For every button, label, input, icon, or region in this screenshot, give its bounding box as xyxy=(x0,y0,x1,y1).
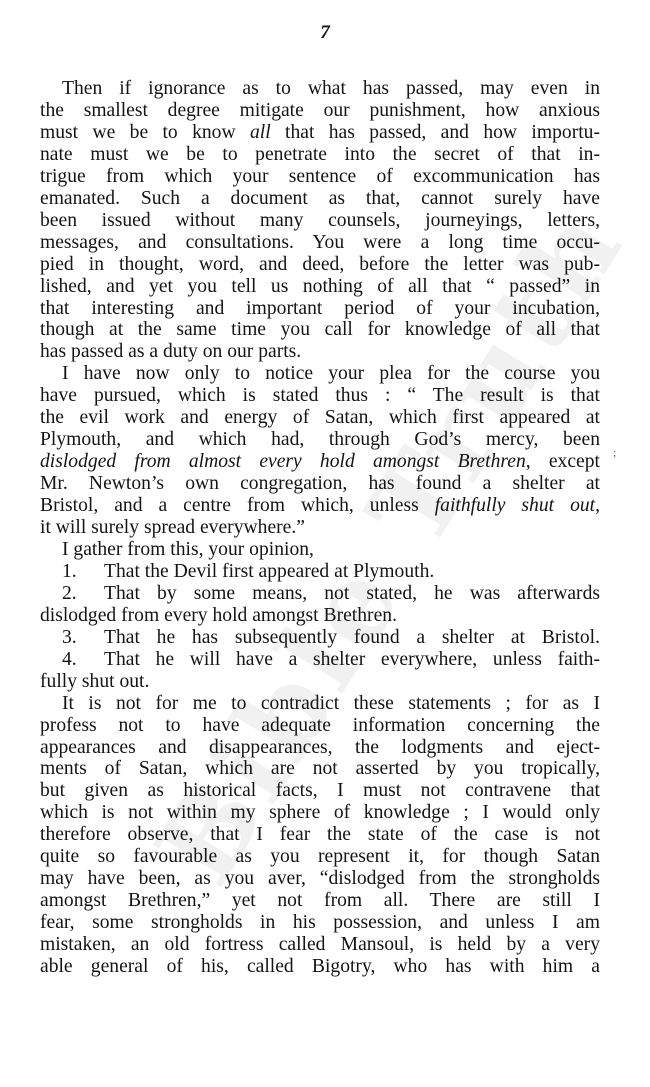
text-segment: It is not for me to contradict these sta… xyxy=(62,693,600,714)
text-line: I have now only to notice your plea for … xyxy=(62,363,600,385)
text-line: that interesting and important period of… xyxy=(40,298,600,320)
list-number: 1. xyxy=(62,561,104,583)
text-line: must we be to know all that has passed, … xyxy=(40,122,600,144)
text-line: I gather from this, your opinion, xyxy=(62,539,600,561)
text-segment: lished, and yet you tell us nothing of a… xyxy=(40,276,600,297)
text-segment: the evil work and energy of Satan, which… xyxy=(40,407,600,428)
text-line: emanated. Such a document as that, canno… xyxy=(40,188,600,210)
text-segment: appearances and disappearances, the lodg… xyxy=(40,737,600,758)
text-line: quite so favourable as you represent it,… xyxy=(40,846,600,868)
text-line: fully shut out. xyxy=(40,671,600,693)
text-segment: emanated. Such a document as that, canno… xyxy=(40,188,600,209)
text-line: ments of Satan, which are not asserted b… xyxy=(40,758,600,780)
text-segment: fear, some strongholds in his possession… xyxy=(40,912,600,933)
text-line: have pursued, which is stated thus : “ T… xyxy=(40,385,600,407)
book-page: Bible Truth 7 Then if ignorance as to wh… xyxy=(0,0,650,1087)
page-number: 7 xyxy=(0,22,650,44)
list-number: 3. xyxy=(62,627,104,649)
text-segment: the smallest degree mitigate our punishm… xyxy=(40,100,600,121)
list-item-line: 3.That he has subsequently found a shelt… xyxy=(62,627,600,649)
text-line: which is not within my sphere of knowled… xyxy=(40,802,600,824)
text-line: Plymouth, and which had, through God’s m… xyxy=(40,429,600,451)
text-line: pied in thought, word, and deed, before … xyxy=(40,254,600,276)
text-segment: it will surely spread everywhere.” xyxy=(40,517,305,538)
text-segment: fully shut out. xyxy=(40,671,149,692)
text-line: dislodged from almost every hold amongst… xyxy=(40,451,600,473)
text-segment: ments of Satan, which are not asserted b… xyxy=(40,758,600,779)
text-line: trigue from which your sentence of excom… xyxy=(40,166,600,188)
text-segment: nate must we be to penetrate into the se… xyxy=(40,144,600,165)
text-segment: amongst Brethren,” yet not from all. The… xyxy=(40,890,600,911)
text-line: nate must we be to penetrate into the se… xyxy=(40,144,600,166)
text-segment: Bristol, and a centre from which, unless xyxy=(40,495,435,516)
text-segment: , except xyxy=(526,451,600,472)
text-line: Mr. Newton’s own congregation, has found… xyxy=(40,473,600,495)
text-segment: that has passed, and how importu- xyxy=(271,122,600,143)
text-segment: quite so favourable as you represent it,… xyxy=(40,846,600,867)
text-segment: which is not within my sphere of knowled… xyxy=(40,802,600,823)
text-segment: therefore observe, that I fear the state… xyxy=(40,824,600,845)
text-segment: That he has subsequently found a shelter… xyxy=(104,627,600,648)
text-segment: that interesting and important period of… xyxy=(40,298,600,319)
text-line: but given as historical facts, I must no… xyxy=(40,780,600,802)
text-line: amongst Brethren,” yet not from all. The… xyxy=(40,890,600,912)
margin-mark: ; xyxy=(613,445,616,460)
text-line: appearances and disappearances, the lodg… xyxy=(40,737,600,759)
text-line: able general of his, called Bigotry, who… xyxy=(40,956,600,978)
list-item-line: 2.That by some means, not stated, he was… xyxy=(62,583,600,605)
text-segment: been issued without many counsels, journ… xyxy=(40,210,600,231)
list-item-line: 1.That the Devil first appeared at Plymo… xyxy=(62,561,600,583)
text-segment: That he will have a shelter everywhere, … xyxy=(104,649,600,670)
text-segment: , xyxy=(595,495,600,516)
text-line: it will surely spread everywhere.” xyxy=(40,517,600,539)
text-line: the evil work and energy of Satan, which… xyxy=(40,407,600,429)
text-line: messages, and consultations. You were a … xyxy=(40,232,600,254)
text-segment: trigue from which your sentence of excom… xyxy=(40,166,600,187)
text-line: dislodged from every hold amongst Brethr… xyxy=(40,605,600,627)
text-segment: though at the same time you call for kno… xyxy=(40,319,600,340)
text-segment: Mr. Newton’s own congregation, has found… xyxy=(40,473,600,494)
text-segment: pied in thought, word, and deed, before … xyxy=(40,254,600,275)
text-segment: Plymouth, and which had, through God’s m… xyxy=(40,429,600,450)
text-segment: dislodged from every hold amongst Brethr… xyxy=(40,605,397,626)
text-line: therefore observe, that I fear the state… xyxy=(40,824,600,846)
text-line: though at the same time you call for kno… xyxy=(40,319,600,341)
text-line: Bristol, and a centre from which, unless… xyxy=(40,495,600,517)
text-line: It is not for me to contradict these sta… xyxy=(62,693,600,715)
text-segment: That by some means, not stated, he was a… xyxy=(104,583,600,604)
text-line: Then if ignorance as to what has passed,… xyxy=(62,78,600,100)
text-line: lished, and yet you tell us nothing of a… xyxy=(40,276,600,298)
text-segment: able general of his, called Bigotry, who… xyxy=(40,956,600,977)
text-line: may have been, as you aver, “dislodged f… xyxy=(40,868,600,890)
text-segment: I gather from this, your opinion, xyxy=(62,539,314,560)
text-line: been issued without many counsels, journ… xyxy=(40,210,600,232)
text-line: the smallest degree mitigate our punishm… xyxy=(40,100,600,122)
italic-emphasis: faithfully shut out xyxy=(435,495,595,516)
text-segment: Then if ignorance as to what has passed,… xyxy=(62,78,600,99)
text-segment: may have been, as you aver, “dislodged f… xyxy=(40,868,600,889)
text-segment: messages, and consultations. You were a … xyxy=(40,232,600,253)
italic-emphasis: all xyxy=(250,122,271,143)
list-number: 4. xyxy=(62,649,104,671)
text-segment: I have now only to notice your plea for … xyxy=(62,363,600,384)
text-line: mistaken, an old fortress called Mansoul… xyxy=(40,934,600,956)
text-segment: has passed as a duty on our parts. xyxy=(40,341,301,362)
list-number: 2. xyxy=(62,583,104,605)
text-segment: That the Devil first appeared at Plymout… xyxy=(104,561,434,582)
text-segment: but given as historical facts, I must no… xyxy=(40,780,600,801)
italic-emphasis: dislodged from almost every hold amongst… xyxy=(40,451,526,472)
text-line: fear, some strongholds in his possession… xyxy=(40,912,600,934)
text-segment: mistaken, an old fortress called Mansoul… xyxy=(40,934,600,955)
text-segment: profess not to have adequate information… xyxy=(40,715,600,736)
text-segment: have pursued, which is stated thus : “ T… xyxy=(40,385,600,406)
text-line: has passed as a duty on our parts. xyxy=(40,341,600,363)
text-segment: must we be to know xyxy=(40,122,250,143)
list-item-line: 4.That he will have a shelter everywhere… xyxy=(62,649,600,671)
text-line: profess not to have adequate information… xyxy=(40,715,600,737)
